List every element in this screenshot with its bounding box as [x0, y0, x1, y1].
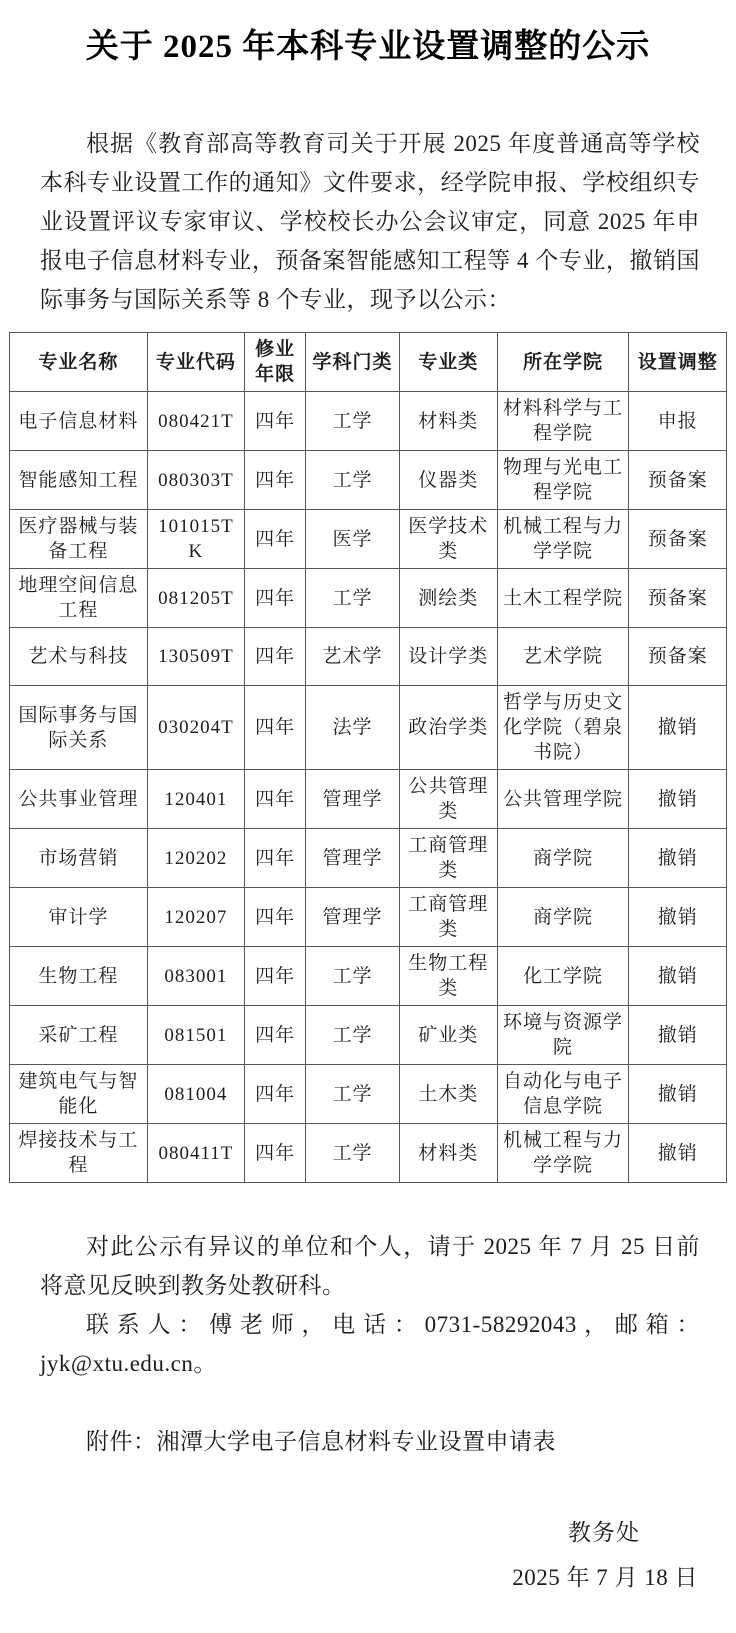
header-adjustment-type: 设置调整 [629, 333, 727, 392]
table-cell: 工学 [306, 569, 400, 628]
table-row: 医疗器械与装备工程101015TK四年医学医学技术类机械工程与力学学院预备案 [10, 510, 727, 569]
table-cell: 四年 [245, 947, 306, 1006]
table-row: 生物工程083001四年工学生物工程类化工学院撤销 [10, 947, 727, 1006]
table-cell: 080421T [147, 392, 245, 451]
table-cell: 工学 [306, 947, 400, 1006]
table-cell: 撤销 [629, 770, 727, 829]
table-cell: 公共管理学院 [497, 770, 629, 829]
table-cell: 四年 [245, 392, 306, 451]
table-cell: 080303T [147, 451, 245, 510]
table-row: 智能感知工程080303T四年工学仪器类物理与光电工程学院预备案 [10, 451, 727, 510]
header-major-name: 专业名称 [10, 333, 148, 392]
table-cell: 081004 [147, 1065, 245, 1124]
table-cell: 材料类 [400, 1124, 498, 1183]
table-cell: 120401 [147, 770, 245, 829]
table-cell: 预备案 [629, 569, 727, 628]
table-cell: 采矿工程 [10, 1006, 148, 1065]
table-cell: 撤销 [629, 1065, 727, 1124]
table-cell: 政治学类 [400, 686, 498, 770]
page-title: 关于 2025 年本科专业设置调整的公示 [0, 24, 736, 70]
table-row: 建筑电气与智能化081004四年工学土木类自动化与电子信息学院撤销 [10, 1065, 727, 1124]
table-row: 采矿工程081501四年工学矿业类环境与资源学院撤销 [10, 1006, 727, 1065]
table-cell: 自动化与电子信息学院 [497, 1065, 629, 1124]
table-cell: 撤销 [629, 1124, 727, 1183]
table-cell: 国际事务与国际关系 [10, 686, 148, 770]
table-cell: 矿业类 [400, 1006, 498, 1065]
table-row: 电子信息材料080421T四年工学材料类材料科学与工程学院申报 [10, 392, 727, 451]
table-cell: 工学 [306, 1006, 400, 1065]
table-cell: 艺术学 [306, 628, 400, 686]
table-cell: 材料类 [400, 392, 498, 451]
header-discipline: 学科门类 [306, 333, 400, 392]
table-cell: 130509T [147, 628, 245, 686]
table-cell: 四年 [245, 686, 306, 770]
table-cell: 预备案 [629, 451, 727, 510]
table-cell: 建筑电气与智能化 [10, 1065, 148, 1124]
table-cell: 030204T [147, 686, 245, 770]
table-cell: 101015TK [147, 510, 245, 569]
table-cell: 120202 [147, 829, 245, 888]
table-cell: 商学院 [497, 829, 629, 888]
table-cell: 医学 [306, 510, 400, 569]
table-cell: 市场营销 [10, 829, 148, 888]
table-header: 专业名称 专业代码 修业年限 学科门类 专业类 所在学院 设置调整 [10, 333, 727, 392]
table-cell: 预备案 [629, 510, 727, 569]
table-cell: 机械工程与力学学院 [497, 1124, 629, 1183]
signature-date: 2025 年 7 月 18 日 [0, 1558, 698, 1597]
intro-paragraph: 根据《教育部高等教育司关于开展 2025 年度普通高等学校本科专业设置工作的通知… [40, 124, 700, 319]
table-cell: 083001 [147, 947, 245, 1006]
table-row: 地理空间信息工程081205T四年工学测绘类土木工程学院预备案 [10, 569, 727, 628]
table-cell: 仪器类 [400, 451, 498, 510]
table-cell: 艺术学院 [497, 628, 629, 686]
table-cell: 艺术与科技 [10, 628, 148, 686]
table-cell: 医疗器械与装备工程 [10, 510, 148, 569]
table-cell: 120207 [147, 888, 245, 947]
header-major-code: 专业代码 [147, 333, 245, 392]
header-study-years: 修业年限 [245, 333, 306, 392]
contact-paragraph: 联系人：傅老师，电话：0731-58292043，邮箱：jyk@xtu.edu.… [40, 1305, 700, 1383]
table-cell: 地理空间信息工程 [10, 569, 148, 628]
table-cell: 撤销 [629, 686, 727, 770]
table-cell: 撤销 [629, 1006, 727, 1065]
table-row: 公共事业管理120401四年管理学公共管理类公共管理学院撤销 [10, 770, 727, 829]
table-row: 市场营销120202四年管理学工商管理类商学院撤销 [10, 829, 727, 888]
table-cell: 材料科学与工程学院 [497, 392, 629, 451]
table-cell: 机械工程与力学学院 [497, 510, 629, 569]
announcement-document: 关于 2025 年本科专业设置调整的公示 根据《教育部高等教育司关于开展 202… [0, 0, 736, 1633]
table-cell: 医学技术类 [400, 510, 498, 569]
table-cell: 生物工程类 [400, 947, 498, 1006]
table-cell: 四年 [245, 1065, 306, 1124]
majors-table-body: 电子信息材料080421T四年工学材料类材料科学与工程学院申报智能感知工程080… [10, 392, 727, 1183]
table-cell: 土木类 [400, 1065, 498, 1124]
header-major-category: 专业类 [400, 333, 498, 392]
table-cell: 四年 [245, 770, 306, 829]
table-cell: 公共管理类 [400, 770, 498, 829]
table-row: 艺术与科技130509T四年艺术学设计学类艺术学院预备案 [10, 628, 727, 686]
table-cell: 测绘类 [400, 569, 498, 628]
objection-paragraph: 对此公示有异议的单位和个人，请于 2025 年 7 月 25 日前将意见反映到教… [40, 1227, 700, 1305]
table-cell: 四年 [245, 510, 306, 569]
table-cell: 工学 [306, 1065, 400, 1124]
table-cell: 工学 [306, 451, 400, 510]
table-row: 审计学120207四年管理学工商管理类商学院撤销 [10, 888, 727, 947]
table-cell: 设计学类 [400, 628, 498, 686]
table-cell: 生物工程 [10, 947, 148, 1006]
table-cell: 智能感知工程 [10, 451, 148, 510]
table-cell: 080411T [147, 1124, 245, 1183]
table-cell: 撤销 [629, 888, 727, 947]
footer-block: 对此公示有异议的单位和个人，请于 2025 年 7 月 25 日前将意见反映到教… [0, 1227, 736, 1597]
table-cell: 四年 [245, 1124, 306, 1183]
table-cell: 预备案 [629, 628, 727, 686]
table-cell: 公共事业管理 [10, 770, 148, 829]
table-cell: 管理学 [306, 888, 400, 947]
table-row: 国际事务与国际关系030204T四年法学政治学类哲学与历史文化学院（碧泉书院）撤… [10, 686, 727, 770]
table-cell: 商学院 [497, 888, 629, 947]
table-row: 焊接技术与工程080411T四年工学材料类机械工程与力学学院撤销 [10, 1124, 727, 1183]
table-cell: 四年 [245, 829, 306, 888]
majors-table: 专业名称 专业代码 修业年限 学科门类 专业类 所在学院 设置调整 电子信息材料… [9, 332, 727, 1183]
attachment-line: 附件：湘潭大学电子信息材料专业设置申请表 [40, 1422, 700, 1461]
header-college: 所在学院 [497, 333, 629, 392]
table-cell: 审计学 [10, 888, 148, 947]
table-cell: 管理学 [306, 770, 400, 829]
table-cell: 四年 [245, 888, 306, 947]
table-cell: 撤销 [629, 947, 727, 1006]
signature-department: 教务处 [0, 1513, 640, 1552]
table-cell: 工学 [306, 392, 400, 451]
table-cell: 物理与光电工程学院 [497, 451, 629, 510]
table-header-row: 专业名称 专业代码 修业年限 学科门类 专业类 所在学院 设置调整 [10, 333, 727, 392]
table-cell: 工商管理类 [400, 829, 498, 888]
table-cell: 四年 [245, 628, 306, 686]
table-cell: 四年 [245, 451, 306, 510]
table-cell: 管理学 [306, 829, 400, 888]
table-cell: 哲学与历史文化学院（碧泉书院） [497, 686, 629, 770]
table-cell: 土木工程学院 [497, 569, 629, 628]
table-cell: 法学 [306, 686, 400, 770]
table-cell: 四年 [245, 1006, 306, 1065]
table-cell: 081501 [147, 1006, 245, 1065]
table-cell: 环境与资源学院 [497, 1006, 629, 1065]
table-cell: 工商管理类 [400, 888, 498, 947]
table-cell: 工学 [306, 1124, 400, 1183]
table-cell: 四年 [245, 569, 306, 628]
table-cell: 申报 [629, 392, 727, 451]
table-cell: 化工学院 [497, 947, 629, 1006]
table-cell: 电子信息材料 [10, 392, 148, 451]
table-cell: 焊接技术与工程 [10, 1124, 148, 1183]
table-cell: 撤销 [629, 829, 727, 888]
table-cell: 081205T [147, 569, 245, 628]
